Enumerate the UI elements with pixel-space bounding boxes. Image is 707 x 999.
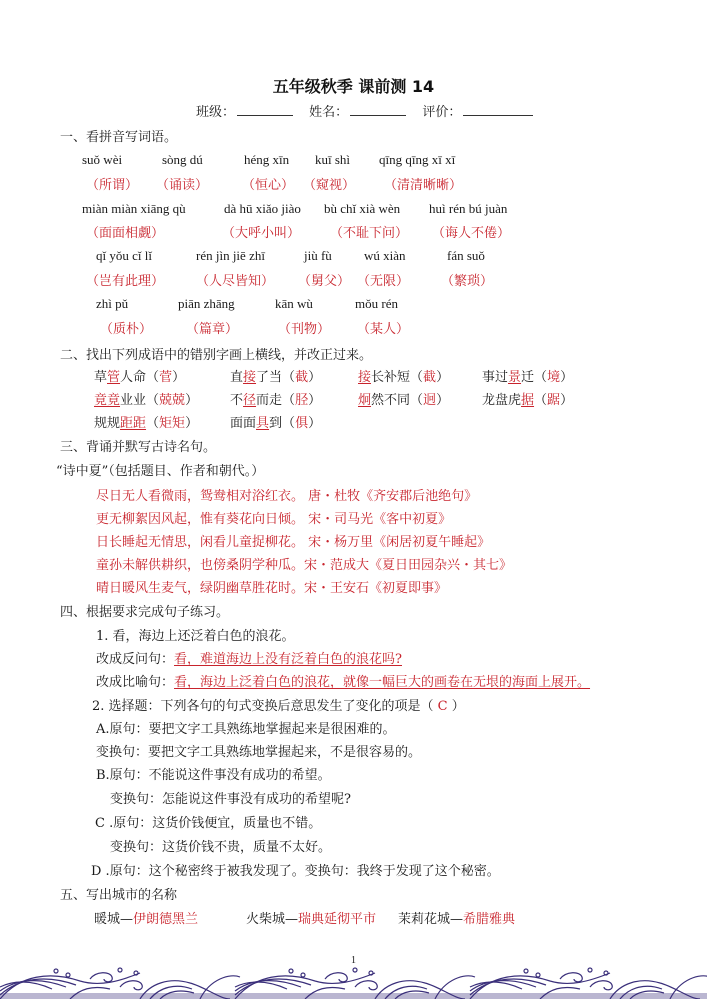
pinyin: zhì pǔ [96, 296, 128, 312]
question-1: 1. 看，海边上还泛着白色的浪花。 [96, 625, 295, 644]
student-info-line: 班级： 姓名： 评价： [196, 101, 537, 120]
answer: （窥视） [303, 174, 355, 193]
option-text: C .原句：这货价钱便宜，质量也不错。 [95, 812, 321, 831]
pinyin: kān wù [275, 296, 313, 312]
pinyin: jiù fù [304, 248, 332, 264]
pinyin: miàn miàn xiāng qù [82, 201, 186, 217]
page-number: 1 [0, 955, 707, 966]
name-label: 姓名： [309, 105, 348, 120]
city-item: 火柴城—瑞典延彻平市 [246, 908, 376, 927]
answer: （面面相觑） [86, 222, 164, 241]
grade-blank [463, 103, 533, 116]
idiom-item: 龙盘虎据（踞） [482, 389, 573, 408]
option-text: 变换句：要把文字工具熟练地掌握起来，不是很容易的。 [96, 741, 421, 760]
poem-line: 日长睡起无情思，闲看儿童捉柳花。 宋・杨万里《闲居初夏午睡起》 [96, 531, 490, 550]
pinyin: mǒu rén [355, 296, 398, 312]
answer: （某人） [357, 318, 409, 337]
poem-line: 晴日暖风生麦气，绿阴幽草胜花时。宋・王安石《初夏即事》 [96, 577, 447, 596]
idiom-item: 炯然不同（迥） [358, 389, 449, 408]
pinyin: rén jìn jiē zhī [196, 248, 265, 264]
answer: （繁琐） [441, 270, 493, 289]
option-text: 变换句：这货价钱不贵，质量不太好。 [110, 836, 331, 855]
idiom-item: 事过景迁（境） [482, 366, 573, 385]
pinyin: dà hū xiǎo jiào [224, 201, 301, 217]
answer: （诲人不倦） [432, 222, 510, 241]
poem-prompt: “诗中夏”（包括题目、作者和朝代。） [56, 460, 264, 479]
city-item: 暖城—伊朗德黑兰 [94, 908, 198, 927]
poem-line: 更无柳絮因风起，惟有葵花向日倾。 宋・司马光《客中初夏》 [96, 508, 451, 527]
answer: （无限） [357, 270, 409, 289]
pinyin: héng xīn [244, 152, 289, 168]
pinyin: huì rén bú juàn [429, 201, 507, 217]
answer: （篇章） [186, 318, 238, 337]
idiom-item: 直接了当（截） [230, 366, 321, 385]
idiom-item: 草管人命（菅） [94, 366, 185, 385]
answer: （清清晰晰） [384, 174, 462, 193]
section5-heading: 五、写出城市的名称 [60, 884, 177, 903]
answer: （岂有此理） [86, 270, 164, 289]
class-label: 班级： [196, 105, 235, 120]
simile-line: 改成比喻句：看，海边上泛着白色的浪花，就像一幅巨大的画卷在无垠的海面上展开。 [96, 671, 590, 690]
class-blank [237, 103, 293, 116]
pinyin: sòng dú [162, 152, 203, 168]
idiom-item: 不径而走（胫） [230, 389, 321, 408]
pinyin: qǐ yǒu cǐ lǐ [96, 248, 152, 264]
question-2-answer: C [438, 699, 448, 714]
answer: （人尽皆知） [196, 270, 274, 289]
poem-line: 童孙未解供耕织，也傍桑阴学种瓜。宋・范成大《夏日田园杂兴・其七》 [96, 554, 512, 573]
answer: （不耻下问） [330, 222, 408, 241]
answer: （所谓） [86, 174, 138, 193]
poem-line: 尽日无人看微雨，鸳鸯相对浴红衣。 唐・杜牧《齐安郡后池绝句》 [96, 485, 477, 504]
idiom-item: 规规距距（矩矩） [94, 412, 198, 431]
city-item: 茉莉花城—希腊雅典 [398, 908, 515, 927]
idiom-item: 接长补短（截） [358, 366, 449, 385]
name-blank [350, 103, 406, 116]
page-title: 五年级秋季 课前测 14 [0, 74, 707, 97]
answer: （恒心） [242, 174, 294, 193]
idiom-item: 竟竟业业（兢兢） [94, 389, 198, 408]
answer: （诵读） [156, 174, 208, 193]
rhetorical-question-line: 改成反问句：看，难道海边上没有泛着白色的浪花吗? [96, 648, 402, 667]
pinyin: qīng qīng xī xī [379, 152, 455, 168]
answer: （舅父） [298, 270, 350, 289]
grade-label: 评价： [422, 105, 461, 120]
question-2: 2. 选择题：下列各句的句式变换后意思发生了变化的项是（ C ） [92, 695, 465, 714]
pinyin: kuī shì [315, 152, 350, 168]
option-text: B.原句：不能说这件事没有成功的希望。 [96, 764, 331, 783]
pinyin: wú xiàn [364, 248, 406, 264]
option-text: 变换句：怎能说这件事没有成功的希望呢? [110, 788, 351, 807]
pinyin: suǒ wèi [82, 152, 122, 168]
section2-heading: 二、找出下列成语中的错别字画上横线，并改正过来。 [60, 344, 372, 363]
section1-heading: 一、看拼音写词语。 [60, 126, 177, 145]
wave-border-decoration [0, 967, 707, 999]
section3-heading: 三、背诵并默写古诗名句。 [60, 436, 216, 455]
answer: （质朴） [100, 318, 152, 337]
section4-heading: 四、根据要求完成句子练习。 [60, 601, 229, 620]
answer: （大呼小叫） [222, 222, 300, 241]
answer: （刊物） [278, 318, 330, 337]
pinyin: fán suǒ [447, 248, 485, 264]
pinyin: bù chǐ xià wèn [324, 201, 400, 217]
idiom-item: 面面具到（俱） [230, 412, 321, 431]
pinyin: piān zhāng [178, 296, 235, 312]
option-text: D .原句：这个秘密终于被我发现了。变换句：我终于发现了这个秘密。 [91, 860, 500, 879]
option-text: A.原句：要把文字工具熟练地掌握起来是很困难的。 [96, 718, 396, 737]
